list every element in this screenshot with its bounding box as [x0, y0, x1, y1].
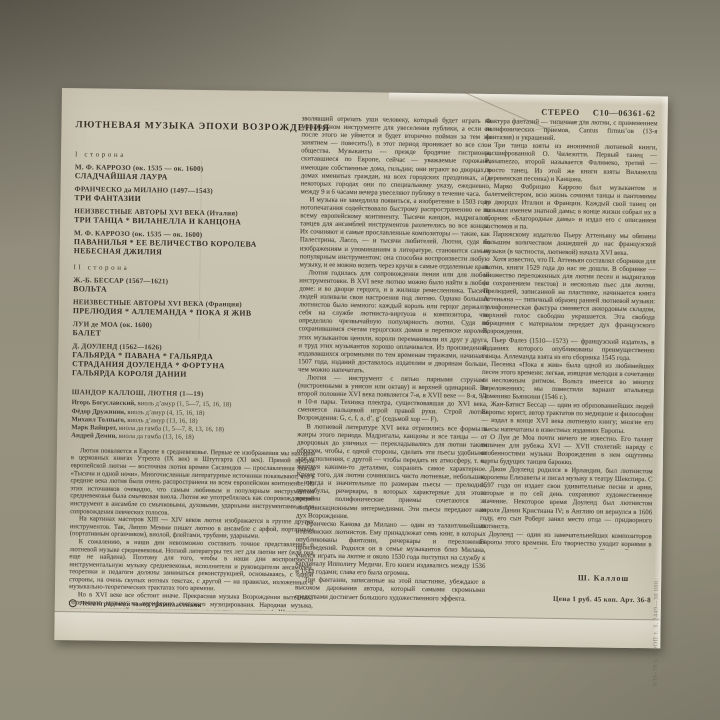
- liner-notes-paragraph: И музыка не замедлила появиться, а изобр…: [299, 196, 490, 271]
- photo-background: СТЕРЕОС10—06361-62 ЛЮТНЕВАЯ МУЗЫКА ЭПОХИ…: [0, 0, 720, 720]
- liner-notes-paragraph: Хотя известно, что П. Аттеньян составлял…: [483, 255, 656, 338]
- liner-notes-paragraph: В лютневой литературе XVI века отразилис…: [296, 423, 487, 523]
- stereo-label: СТЕРЕО: [541, 107, 580, 118]
- liner-notes-paragraph: Парижскому издателю Пьеру Аттеньяну мы о…: [484, 231, 656, 258]
- liner-notes-paragraph: О Луи де Моа почти ничего не известно. Е…: [481, 434, 653, 469]
- liner-notes-column-3: Фактура фантазий — типичная для лютни, с…: [480, 118, 658, 550]
- liner-notes-paragraph: Лютня появляется в Европе в средневековь…: [70, 447, 315, 519]
- performers-list: ШАНДОР КАЛЛОШ, ЛЮТНЯ (1—19) Игорь Богусл…: [71, 388, 316, 444]
- liner-notes-paragraph: Марко Фабрицио Каррозо был музыкантом и …: [484, 183, 657, 234]
- liner-notes-paragraph: Лютня годилась для сопровождения пения и…: [298, 269, 489, 377]
- performer-name: Игорь Богуславский,: [72, 399, 136, 407]
- performer-instrument: виола да гамба (13, 16, 18): [117, 433, 194, 441]
- liner-notes-paragraph: Три фантазии, записанные на этой пластин…: [295, 577, 485, 604]
- liner-notes-paragraph: Доуленд — один из замечательнейших компо…: [480, 531, 652, 551]
- sleeve-fold-flap: [54, 611, 660, 648]
- performer-name: Марк Вайнрот,: [71, 424, 117, 432]
- liner-notes-paragraph: Джон Доуленд родился в Ирландии, был лют…: [480, 466, 653, 533]
- sleeve-top-edge: [389, 93, 668, 106]
- performer-name: Андрей Демин,: [71, 433, 117, 441]
- liner-notes-paragraph: Жан-Батист Бессар — один из образованней…: [481, 401, 653, 436]
- liner-notes-column-1: Лютня появляется в Европе в средневековь…: [69, 447, 315, 612]
- performer-instrument: виоль д’амур (1, 5—7, 15, 16, 18): [136, 400, 232, 408]
- liner-notes-paragraph: зволявший отрезать уши человеку, который…: [301, 115, 492, 199]
- performer-instrument: виола да гамба (1, 5—7, 8, 13, 16, 18): [117, 425, 224, 433]
- side-2-label: II сторона: [73, 263, 317, 274]
- plant-logo-icon: [69, 599, 77, 607]
- performer-instrument: ЛЮТНЯ (1—19): [146, 389, 204, 398]
- liner-notes-paragraph: Лютня — инструмент с пятью парными струн…: [297, 374, 488, 425]
- liner-notes-paragraph: Пьер Фалез (1510—1573) — французский изд…: [482, 336, 654, 363]
- tracklist-column: I сторона М. Ф. КАРРОЗО (ок. 1535 — ок. …: [69, 142, 319, 611]
- record-sleeve-back: СТЕРЕОС10—06361-62 ЛЮТНЕВАЯ МУЗЫКА ЭПОХИ…: [54, 88, 668, 648]
- performer-name: Фёдор Дружинин,: [71, 408, 125, 416]
- performer-instrument: виоль д’амур (4, 15, 16, 18): [126, 409, 205, 417]
- performer-instrument: виоль д’амур (13, 16, 18): [125, 417, 197, 425]
- catalog-number: СТЕРЕОС10—06361-62: [541, 107, 656, 119]
- album-title: ЛЮТНЕВАЯ МУЗЫКА ЭПОХИ ВОЗРОЖДЕНИЯ: [75, 120, 330, 134]
- liner-notes-paragraph: К сожалению, в наши дни невозможно соста…: [69, 538, 314, 595]
- liner-notes-column-2: зволявший отрезать уши человеку, который…: [295, 115, 492, 616]
- liner-notes-paragraph: Фактура фантазий — типичная для лютни, с…: [485, 118, 657, 145]
- side-1-label: I сторона: [75, 150, 319, 161]
- liner-notes-paragraph: Песенка «Пока я жив» была одной из любим…: [482, 361, 655, 404]
- liner-notes-paragraph: Франческо Канова да Милано — один из тал…: [295, 520, 486, 579]
- price-line: Цена 1 руб. 45 коп. Арт. 36-8: [553, 595, 651, 604]
- author-signature: Ш. Каллош: [479, 572, 629, 583]
- liner-notes-paragraph: На картинах мастеров XIII — XIV веков лю…: [70, 515, 314, 541]
- performer-name: Михаил Толпыго,: [71, 416, 125, 424]
- print-run-edge-text: 9/IV-76 г. ЛФОП т. З. 2449—30 000.: [653, 396, 663, 686]
- performer-line: ШАНДОР КАЛЛОШ, ЛЮТНЯ (1—19): [72, 388, 316, 400]
- liner-notes-paragraph: Три танца взяты из анонимной лютневой кн…: [485, 142, 658, 185]
- plant-name: Ленинградский завод грампластинок: [80, 600, 202, 609]
- performer-name: ШАНДОР КАЛЛОШ,: [72, 388, 146, 397]
- catalog-number-value: С10—06361-62: [593, 107, 656, 118]
